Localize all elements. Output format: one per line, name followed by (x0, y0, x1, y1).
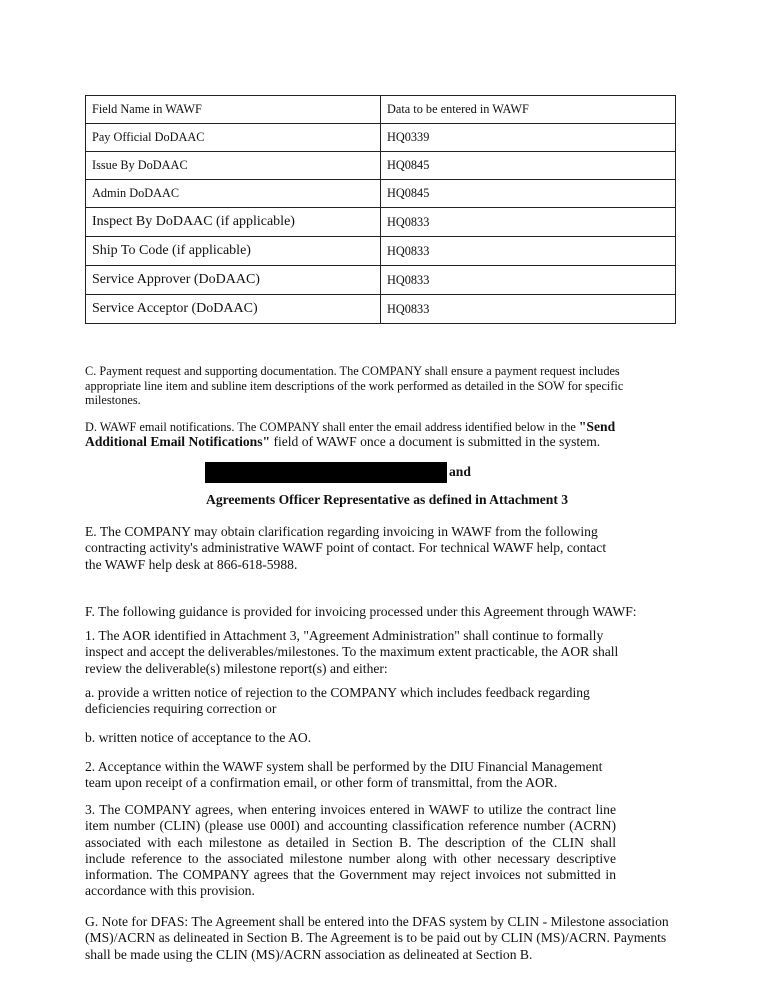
wawf-fields-table: Field Name in WAWF Data to be entered in… (85, 95, 676, 324)
header-data-entry: Data to be entered in WAWF (381, 96, 676, 124)
section-d-prefix: D. WAWF email notifications. The COMPANY… (85, 420, 579, 434)
header-field-name: Field Name in WAWF (86, 96, 381, 124)
field-name-cell: Admin DoDAAC (86, 180, 381, 208)
field-value-cell: HQ0845 (381, 152, 676, 180)
redacted-and-text: and (449, 464, 471, 480)
field-name-cell: Issue By DoDAAC (86, 152, 381, 180)
field-value-cell: HQ0339 (381, 124, 676, 152)
section-d-suffix: field of WAWF once a document is submitt… (270, 434, 600, 449)
field-name-cell: Pay Official DoDAAC (86, 124, 381, 152)
section-c-paragraph: C. Payment request and supporting docume… (85, 364, 625, 408)
table-row: Pay Official DoDAAC HQ0339 (86, 124, 676, 152)
field-value-cell: HQ0833 (381, 208, 676, 237)
table-row: Inspect By DoDAAC (if applicable) HQ0833 (86, 208, 676, 237)
field-name-cell: Service Acceptor (DoDAAC) (86, 295, 381, 324)
field-name-cell: Ship To Code (if applicable) (86, 237, 381, 266)
field-value-cell: HQ0833 (381, 266, 676, 295)
redaction-bar (205, 462, 447, 483)
document-page: Field Name in WAWF Data to be entered in… (0, 0, 772, 1000)
field-value-cell: HQ0833 (381, 295, 676, 324)
table-row: Issue By DoDAAC HQ0845 (86, 152, 676, 180)
field-value-cell: HQ0845 (381, 180, 676, 208)
section-f1-paragraph: 1. The AOR identified in Attachment 3, "… (85, 628, 625, 677)
section-f3-paragraph: 3. The COMPANY agrees, when entering inv… (85, 802, 616, 900)
section-fa-paragraph: a. provide a written notice of rejection… (85, 685, 625, 718)
table-row: Service Acceptor (DoDAAC) HQ0833 (86, 295, 676, 324)
section-d-paragraph: D. WAWF email notifications. The COMPANY… (85, 420, 645, 449)
table-header-row: Field Name in WAWF Data to be entered in… (86, 96, 676, 124)
table-row: Admin DoDAAC HQ0845 (86, 180, 676, 208)
field-value-cell: HQ0833 (381, 237, 676, 266)
section-g-paragraph: G. Note for DFAS: The Agreement shall be… (85, 914, 695, 963)
table-row: Service Approver (DoDAAC) HQ0833 (86, 266, 676, 295)
table-row: Ship To Code (if applicable) HQ0833 (86, 237, 676, 266)
field-name-cell: Inspect By DoDAAC (if applicable) (86, 208, 381, 237)
section-e-paragraph: E. The COMPANY may obtain clarification … (85, 524, 625, 573)
redacted-email-line: and (205, 461, 471, 483)
section-f-paragraph: F. The following guidance is provided fo… (85, 604, 685, 620)
section-f2-paragraph: 2. Acceptance within the WAWF system sha… (85, 759, 630, 792)
aor-heading: Agreements Officer Representative as def… (206, 492, 568, 508)
section-fb-paragraph: b. written notice of acceptance to the A… (85, 730, 625, 746)
field-name-cell: Service Approver (DoDAAC) (86, 266, 381, 295)
